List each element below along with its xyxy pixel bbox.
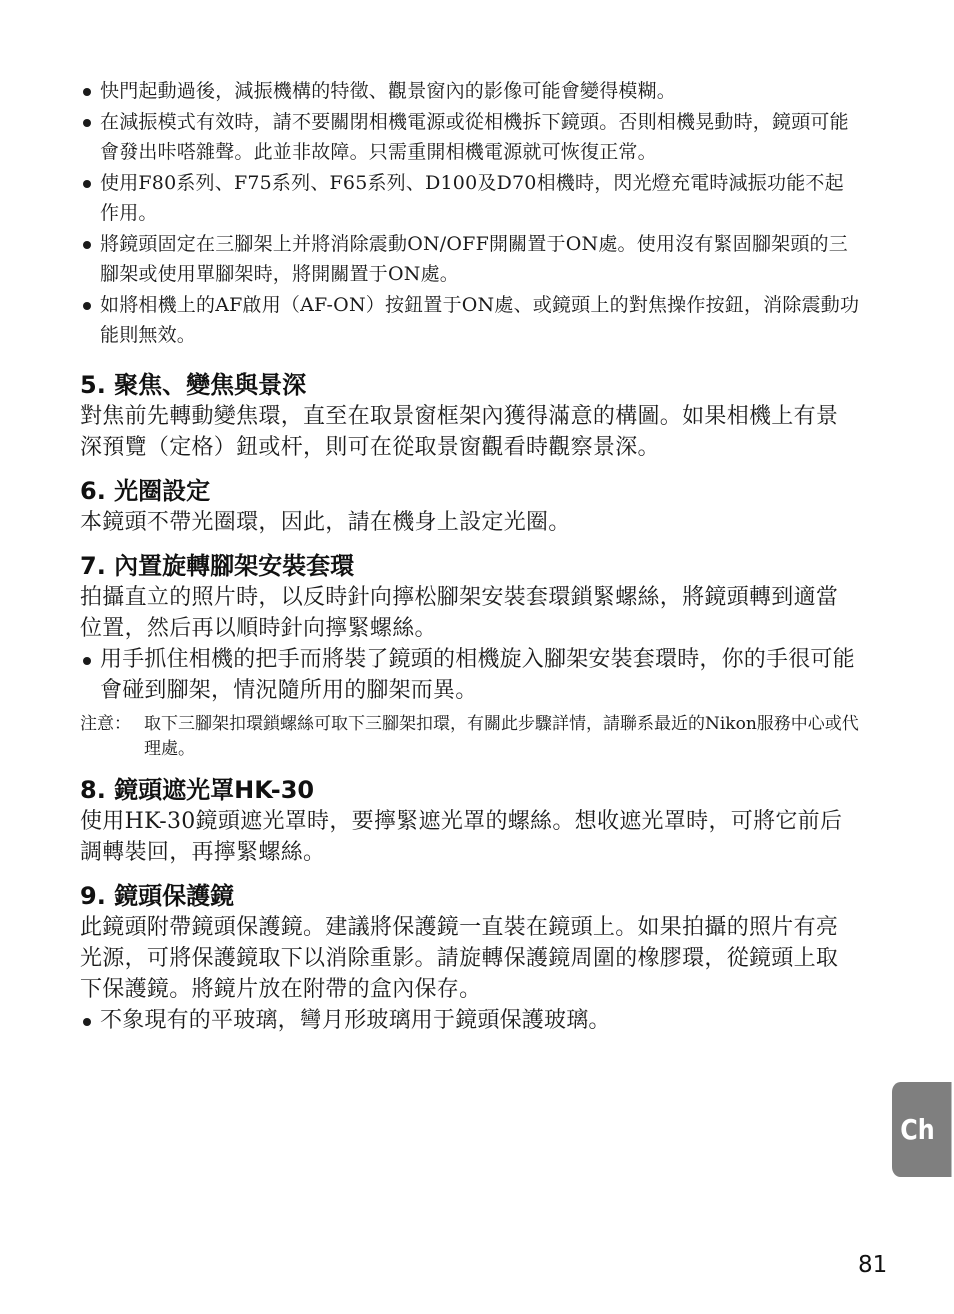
list-item: 如將相機上的AF啟用（AF-ON）按鈕置于ON處、或鏡頭上的對焦操作按鈕，消除震… [80,290,860,351]
section-aperture: 6. 光圈設定 本鏡頭不帶光圈環，因此，請在機身上設定光圈。 [80,475,860,538]
note-label: 注意： [80,712,144,762]
language-tab: Ch [892,1082,952,1177]
list-item: 不象現有的平玻璃，彎月形玻璃用于鏡頭保護玻璃。 [80,1005,860,1036]
section-paragraph: 對焦前先轉動變焦環，直至在取景窗框架內獲得滿意的構圖。如果相機上有景深預覽（定格… [80,401,860,463]
note-text: 取下三腳架扣環鎖螺絲可取下三腳架扣環，有關此步驟詳情，請聯系最近的Nikon服務… [144,712,860,762]
section-title: 8. 鏡頭遮光罩HK-30 [80,774,860,806]
section-paragraph: 拍攝直立的照片時，以反時針向擰松腳架安裝套環鎖緊螺絲，將鏡頭轉到適當位置，然后再… [80,582,860,644]
section-title: 5. 聚焦、變焦與景深 [80,369,860,401]
list-item: 用手抓住相機的把手而將裝了鏡頭的相機旋入腳架安裝套環時，你的手很可能會碰到腳架，… [80,644,860,706]
list-item: 在減振模式有效時，請不要關閉相機電源或從相機拆下鏡頭。否則相機晃動時，鏡頭可能會… [80,107,860,168]
section-title: 9. 鏡頭保護鏡 [80,880,860,912]
section-lens-hood: 8. 鏡頭遮光罩HK-30 使用HK-30鏡頭遮光罩時，要擰緊遮光罩的螺絲。想收… [80,774,860,868]
manual-page: 快門起動過後，減振機構的特徵、觀景窗內的影像可能會變得模糊。 在減振模式有效時，… [80,76,860,1036]
section-paragraph: 使用HK-30鏡頭遮光罩時，要擰緊遮光罩的螺絲。想收遮光罩時，可將它前后調轉裝回… [80,806,860,868]
list-item: 將鏡頭固定在三腳架上并將消除震動ON/OFF開關置于ON處。使用沒有緊固腳架頭的… [80,229,860,290]
list-item: 使用F80系列、F75系列、F65系列、D100及D70相機時，閃光燈充電時減振… [80,168,860,229]
note: 注意： 取下三腳架扣環鎖螺絲可取下三腳架扣環，有關此步驟詳情，請聯系最近的Nik… [80,712,860,762]
section-title: 6. 光圈設定 [80,475,860,507]
section-paragraph: 此鏡頭附帶鏡頭保護鏡。建議將保護鏡一直裝在鏡頭上。如果拍攝的照片有亮光源，可將保… [80,912,860,1005]
intro-bullet-list: 快門起動過後，減振機構的特徵、觀景窗內的影像可能會變得模糊。 在減振模式有效時，… [80,76,860,351]
language-tab-label: Ch [900,1113,934,1146]
section-title: 7. 內置旋轉腳架安裝套環 [80,550,860,582]
section-focus-zoom: 5. 聚焦、變焦與景深 對焦前先轉動變焦環，直至在取景窗框架內獲得滿意的構圖。如… [80,369,860,463]
list-item: 快門起動過後，減振機構的特徵、觀景窗內的影像可能會變得模糊。 [80,76,860,107]
section-protective-glass: 9. 鏡頭保護鏡 此鏡頭附帶鏡頭保護鏡。建議將保護鏡一直裝在鏡頭上。如果拍攝的照… [80,880,860,1036]
section-tripod-collar: 7. 內置旋轉腳架安裝套環 拍攝直立的照片時，以反時針向擰松腳架安裝套環鎖緊螺絲… [80,550,860,762]
page-number: 81 [858,1252,887,1278]
section-paragraph: 本鏡頭不帶光圈環，因此，請在機身上設定光圈。 [80,507,860,538]
